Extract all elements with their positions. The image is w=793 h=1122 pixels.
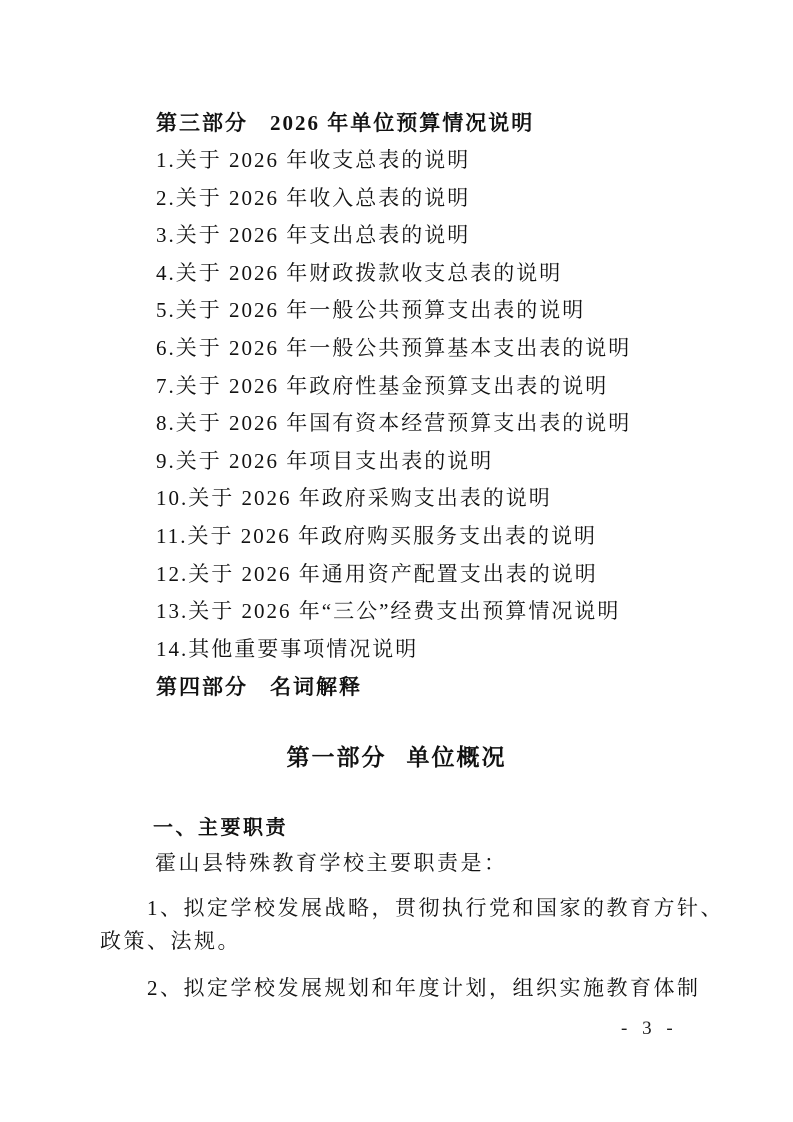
table-of-contents: 第三部分2026 年单位预算情况说明 1.关于 2026 年收支总表的说明 2.… [156, 0, 733, 706]
toc-item-13: 13.关于 2026 年“三公”经费支出预算情况说明 [156, 593, 733, 631]
part3-label: 第三部分 [156, 111, 248, 135]
duties-paragraph-2: 2、拟定学校发展规划和年度计划，组织实施教育体制 [100, 972, 745, 1005]
paragraph-line: 政策、法规。 [100, 925, 745, 958]
part4-label: 第四部分 [156, 675, 248, 699]
toc-item-3: 3.关于 2026 年支出总表的说明 [156, 217, 733, 255]
toc-item-12: 12.关于 2026 年通用资产配置支出表的说明 [156, 556, 733, 594]
toc-item-1: 1.关于 2026 年收支总表的说明 [156, 142, 733, 180]
toc-item-14: 14.其他重要事项情况说明 [156, 631, 733, 669]
part4-heading: 第四部分名词解释 [156, 668, 733, 706]
part1-heading: 第一部分单位概况 [0, 738, 793, 776]
paragraph-line: 2、拟定学校发展规划和年度计划，组织实施教育体制 [100, 972, 745, 1005]
toc-item-5: 5.关于 2026 年一般公共预算支出表的说明 [156, 292, 733, 330]
part1-label: 第一部分 [287, 744, 387, 770]
page-number: - 3 - [621, 1018, 678, 1040]
paragraph-line: 1、拟定学校发展战略，贯彻执行党和国家的教育方针、 [100, 892, 745, 925]
part4-title: 名词解释 [270, 675, 362, 699]
toc-item-11: 11.关于 2026 年政府购买服务支出表的说明 [156, 518, 733, 556]
toc-item-8: 8.关于 2026 年国有资本经营预算支出表的说明 [156, 405, 733, 443]
toc-item-4: 4.关于 2026 年财政拨款收支总表的说明 [156, 255, 733, 293]
duties-paragraph-1: 1、拟定学校发展战略，贯彻执行党和国家的教育方针、 政策、法规。 [100, 892, 745, 958]
duties-intro: 霍山县特殊教育学校主要职责是： [155, 846, 793, 880]
document-page: 第三部分2026 年单位预算情况说明 1.关于 2026 年收支总表的说明 2.… [0, 0, 793, 1122]
part1-title: 单位概况 [407, 744, 507, 770]
toc-item-2: 2.关于 2026 年收入总表的说明 [156, 180, 733, 218]
part3-heading: 第三部分2026 年单位预算情况说明 [156, 104, 733, 142]
toc-item-10: 10.关于 2026 年政府采购支出表的说明 [156, 480, 733, 518]
toc-item-7: 7.关于 2026 年政府性基金预算支出表的说明 [156, 368, 733, 406]
toc-item-9: 9.关于 2026 年项目支出表的说明 [156, 443, 733, 481]
part3-title: 2026 年单位预算情况说明 [270, 111, 534, 135]
duties-heading: 一、主要职责 [153, 810, 793, 846]
toc-item-6: 6.关于 2026 年一般公共预算基本支出表的说明 [156, 330, 733, 368]
